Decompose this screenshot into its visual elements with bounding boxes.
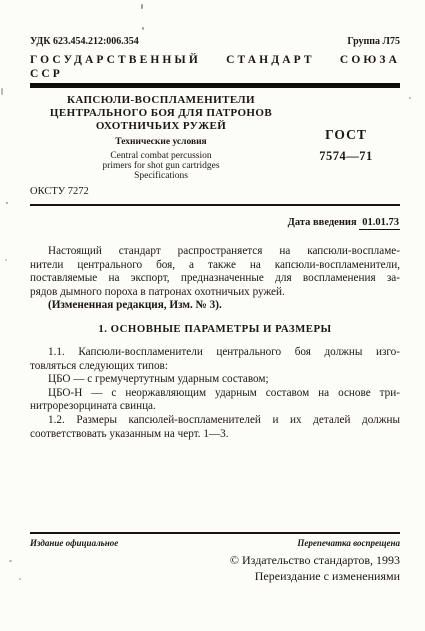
scan-speck	[5, 259, 7, 261]
document-body: Настоящий стандарт распространяется на к…	[30, 245, 400, 441]
english-title-line-3: Specifications	[30, 171, 292, 181]
divider-rule	[30, 204, 400, 206]
title-line-3: ОХОТНИЧЬИХ РУЖЕЙ	[30, 120, 292, 133]
page-footer: Издание официальное Перепечатка воспреще…	[30, 532, 400, 583]
title-line-1: КАПСЮЛИ-ВОСПЛАМЕНИТЕЛИ	[30, 94, 292, 107]
udk-row: УДК 623.454.212:006.354 Группа Л75	[30, 36, 400, 48]
clause-1-1-line: товляться следующих типов:	[30, 360, 400, 374]
official-edition-label: Издание официальное	[30, 538, 118, 549]
scan-speck	[19, 578, 21, 580]
document-page: УДК 623.454.212:006.354 Группа Л75 ГОСУД…	[0, 0, 425, 631]
clause-1-1-line: 1.1. Капсюли-воспламенители центрального…	[30, 346, 400, 360]
effective-date-label: Дата введения	[288, 217, 357, 228]
scan-speck	[1, 88, 3, 95]
copyright-line: © Издательство стандартов, 1993	[30, 553, 400, 567]
scope-paragraph: Настоящий стандарт распространяется на к…	[30, 245, 400, 313]
scan-speck	[9, 560, 12, 562]
scope-line: рядов дымного пороха в патронах охотничь…	[30, 286, 400, 300]
title-line-2: ЦЕНТРАЛЬНОГО БОЯ ДЛЯ ПАТРОНОВ	[30, 107, 292, 120]
scan-speck	[141, 4, 143, 9]
gost-number: 7574—71	[292, 150, 400, 162]
clause-1-2-line: 1.2. Размеры капсюлей-воспламенителей и …	[30, 414, 400, 428]
footer-notices: Издание официальное Перепечатка воспреще…	[30, 538, 400, 549]
okstu-code: ОКСТУ 7272	[30, 185, 400, 198]
english-title-line-1: Central combat percussion	[30, 151, 292, 161]
effective-date-line: Дата введения 01.01.73	[30, 216, 400, 229]
english-title: Central combat percussion primers for sh…	[30, 151, 292, 181]
effective-date-value: 01.01.73	[359, 217, 400, 230]
footer-rule	[30, 532, 400, 534]
gost-label: ГОСТ	[292, 128, 400, 141]
standard-header: ГОСУДАРСТВЕННЫЙ СТАНДАРТ СОЮЗА ССР	[30, 53, 400, 81]
title-block: КАПСЮЛИ-ВОСПЛАМЕНИТЕЛИ ЦЕНТРАЛЬНОГО БОЯ …	[30, 94, 400, 181]
type-cbo-line: ЦБО — с гремучертутным ударным составом;	[30, 373, 400, 387]
type-cbo-n-line: нитрорезорцината свинца.	[30, 400, 400, 414]
udk-number: УДК 623.454.212:006.354	[30, 36, 139, 48]
section-1-paragraphs: 1.1. Капсюли-воспламенители центрального…	[30, 346, 400, 441]
english-title-line-2: primers for shot gun cartridges	[30, 161, 292, 171]
scan-speck	[409, 97, 411, 99]
amendment-note: (Измененная редакция, Изм. № 3).	[30, 299, 400, 313]
scope-line: поставляемые на экспорт, предназначенные…	[30, 272, 400, 286]
clause-1-2-line: соответствовать указанным на черт. 1—3.	[30, 428, 400, 442]
reissue-line: Переиздание с изменениями	[30, 569, 400, 583]
scope-line: нители центрального боя, а также на капс…	[30, 259, 400, 273]
document-title: КАПСЮЛИ-ВОСПЛАМЕНИТЕЛИ ЦЕНТРАЛЬНОГО БОЯ …	[30, 94, 292, 133]
scan-speck	[6, 202, 8, 204]
no-reprint-label: Перепечатка воспрещена	[297, 538, 400, 549]
title-column: КАПСЮЛИ-ВОСПЛАМЕНИТЕЛИ ЦЕНТРАЛЬНОГО БОЯ …	[30, 94, 292, 181]
section-1-heading: 1. ОСНОВНЫЕ ПАРАМЕТРЫ И РАЗМЕРЫ	[30, 323, 400, 336]
type-cbo-n-line: ЦБО-Н — с неоржавляющим ударным составом…	[30, 387, 400, 401]
group-label: Группа Л75	[347, 36, 400, 48]
scan-speck	[142, 27, 144, 30]
header-rule	[30, 83, 400, 88]
scope-line: Настоящий стандарт распространяется на к…	[30, 245, 400, 259]
subtitle: Технические условия	[30, 136, 292, 148]
gost-designation: ГОСТ 7574—71	[292, 94, 400, 181]
